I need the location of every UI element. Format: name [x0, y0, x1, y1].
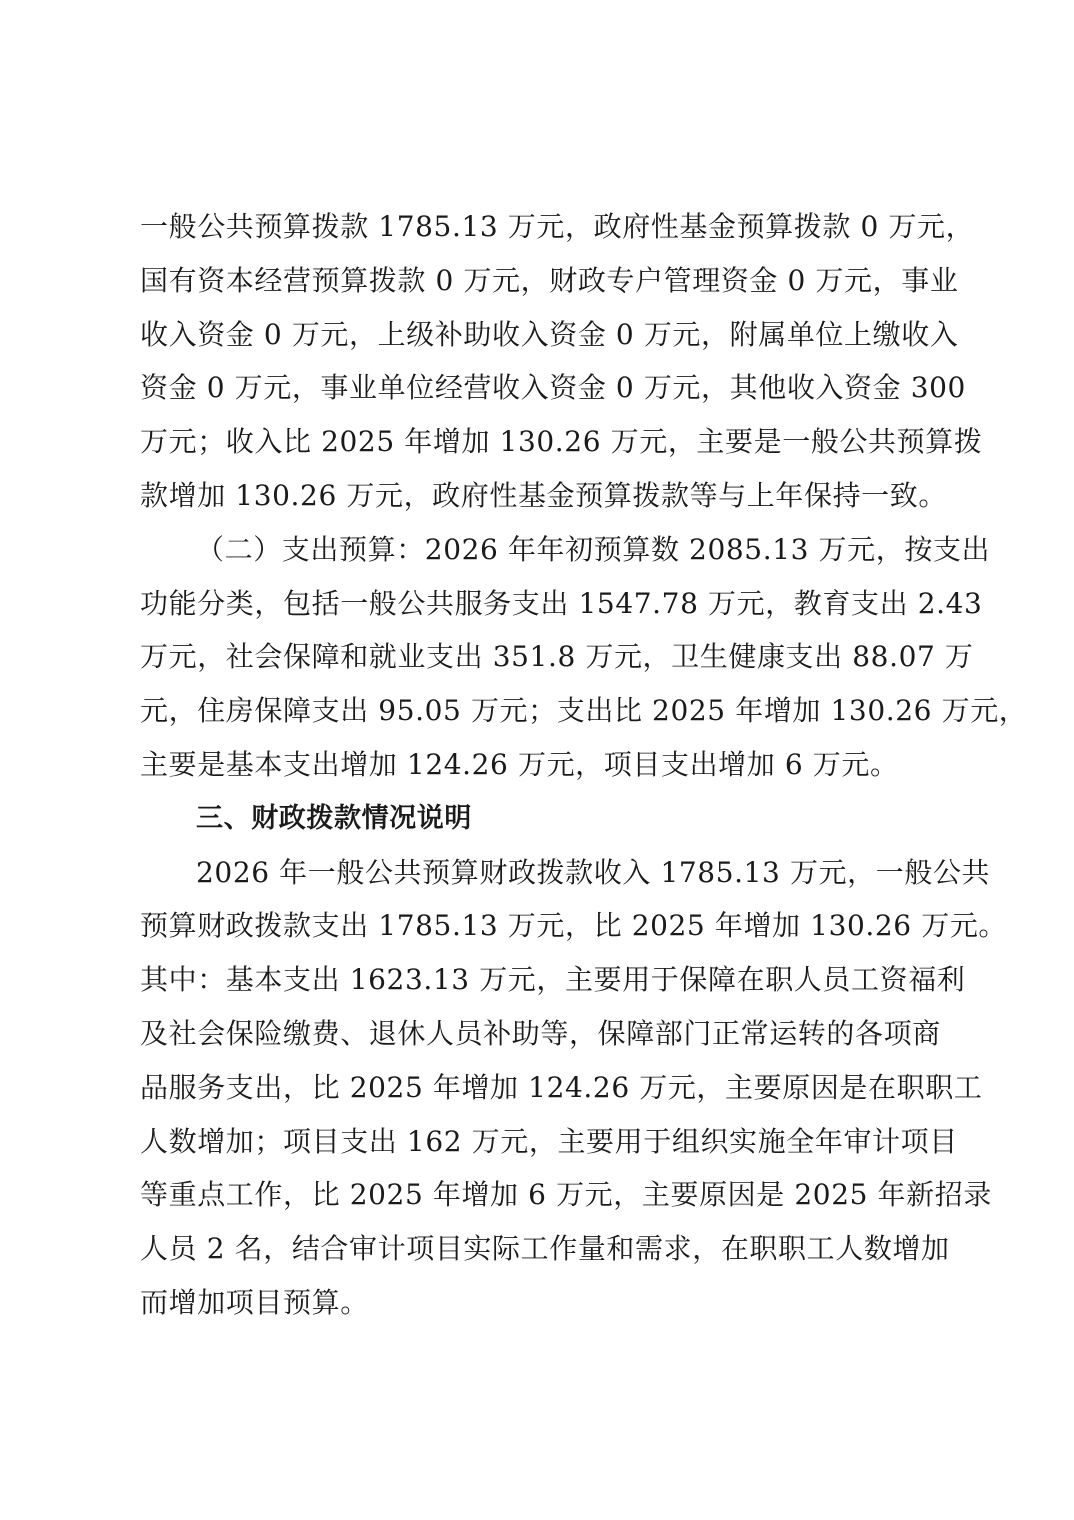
text-line: 主要是基本支出增加 124.26 万元，项目支出增加 6 万元。 — [140, 738, 940, 792]
paragraph-income-continued: 一般公共预算拨款 1785.13 万元，政府性基金预算拨款 0 万元， 国有资本… — [140, 200, 940, 523]
text-line: 其中：基本支出 1623.13 万元，主要用于保障在职人员工资福利 — [140, 953, 940, 1007]
text-line: 万元；收入比 2025 年增加 130.26 万元，主要是一般公共预算拨 — [140, 415, 940, 469]
text-line: 品服务支出，比 2025 年增加 124.26 万元，主要原因是在职职工 — [140, 1061, 940, 1115]
text-line: 而增加项目预算。 — [140, 1276, 940, 1330]
text-line: 等重点工作，比 2025 年增加 6 万元，主要原因是 2025 年新招录 — [140, 1168, 940, 1222]
section-three-heading: 三、财政拨款情况说明 — [140, 792, 940, 846]
text-line: 人员 2 名，结合审计项目实际工作量和需求，在职职工人数增加 — [140, 1222, 940, 1276]
text-line: 收入资金 0 万元，上级补助收入资金 0 万元，附属单位上缴收入 — [140, 308, 940, 362]
paragraph-expenditure-budget: （二）支出预算：2026 年年初预算数 2085.13 万元，按支出 功能分类，… — [140, 523, 940, 792]
text-line: 资金 0 万元，事业单位经营收入资金 0 万元，其他收入资金 300 — [140, 361, 940, 415]
text-line: 款增加 130.26 万元，政府性基金预算拨款等与上年保持一致。 — [140, 469, 940, 523]
text-line: 国有资本经营预算拨款 0 万元，财政专户管理资金 0 万元，事业 — [140, 254, 940, 308]
text-line: （二）支出预算：2026 年年初预算数 2085.13 万元，按支出 — [140, 523, 940, 577]
text-line: 元，住房保障支出 95.05 万元；支出比 2025 年增加 130.26 万元… — [140, 684, 940, 738]
paragraph-fiscal-appropriation: 2026 年一般公共预算财政拨款收入 1785.13 万元，一般公共 预算财政拨… — [140, 846, 940, 1330]
section-heading: 三、财政拨款情况说明 — [140, 792, 940, 846]
text-line: 2026 年一般公共预算财政拨款收入 1785.13 万元，一般公共 — [140, 846, 940, 900]
text-line: 万元，社会保障和就业支出 351.8 万元，卫生健康支出 88.07 万 — [140, 630, 940, 684]
text-line: 及社会保险缴费、退休人员补助等，保障部门正常运转的各项商 — [140, 1007, 940, 1061]
text-line: 人数增加；项目支出 162 万元，主要用于组织实施全年审计项目 — [140, 1115, 940, 1169]
text-line: 一般公共预算拨款 1785.13 万元，政府性基金预算拨款 0 万元， — [140, 200, 940, 254]
text-line: 预算财政拨款支出 1785.13 万元，比 2025 年增加 130.26 万元… — [140, 899, 940, 953]
document-page: 一般公共预算拨款 1785.13 万元，政府性基金预算拨款 0 万元， 国有资本… — [140, 200, 940, 1330]
text-line: 功能分类，包括一般公共服务支出 1547.78 万元，教育支出 2.43 — [140, 577, 940, 631]
